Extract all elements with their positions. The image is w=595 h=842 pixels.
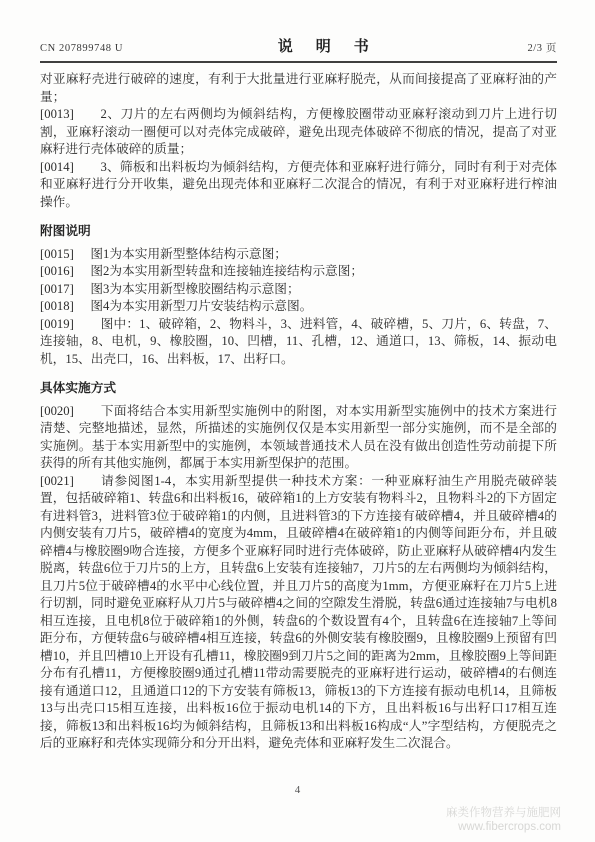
paragraph-text: 图1为本实用新型整体结构示意图；	[90, 247, 287, 261]
paragraph-tag: [0015]	[40, 247, 90, 261]
watermark-site-name: 麻类作物营养与施肥网	[446, 806, 561, 820]
paragraph-tag: [0016]	[40, 264, 90, 278]
paragraph-tag: [0014]	[40, 160, 100, 174]
paragraph-0016: [0016]图2为本实用新型转盘和连接轴连接结构示意图；	[40, 263, 557, 281]
paragraph-tag: [0020]	[40, 404, 100, 418]
paragraph-text: 3、筛板和出料板均为倾斜结构，方便壳体和亚麻籽进行筛分，同时有利于对壳体和亚麻籽…	[40, 160, 557, 209]
watermark: 麻类作物营养与施肥网 www.fibercrops.com	[446, 806, 561, 834]
paragraph-0017: [0017]图3为本实用新型橡胶圈结构示意图；	[40, 281, 557, 299]
page-indicator: 2/3 页	[527, 40, 557, 55]
page-number: 4	[0, 784, 595, 796]
paragraph-tag: [0019]	[40, 317, 100, 331]
paragraph-text: 2、刀片的左右两侧均为倾斜结构，方便橡胶圈带动亚麻籽滚动到刀片上进行切割，亚麻籽…	[40, 107, 557, 156]
patent-specification-page: CN 207899748 U 说 明 书 2/3 页 对亚麻籽壳进行破碎的速度，…	[0, 0, 595, 842]
paragraph-tag: [0013]	[40, 107, 100, 121]
paragraph-0020: [0020]下面将结合本实用新型实施例中的附图，对本实用新型实施例中的技术方案进…	[40, 403, 557, 473]
paragraph-continuation: 对亚麻籽壳进行破碎的速度，有利于大批量进行亚麻籽脱壳，从而间接提高了亚麻籽油的产…	[40, 71, 557, 106]
watermark-site-url: www.fibercrops.com	[446, 820, 561, 834]
paragraph-text: 图3为本实用新型橡胶圈结构示意图；	[90, 282, 299, 296]
paragraph-0019: [0019]图中：1、破碎箱，2、物料斗，3、进料管，4、破碎槽，5、刀片，6、…	[40, 316, 557, 369]
paragraph-0015: [0015]图1为本实用新型整体结构示意图；	[40, 246, 557, 264]
patent-number: CN 207899748 U	[40, 43, 123, 54]
document-title: 说 明 书	[278, 35, 373, 56]
paragraph-text: 图4为本实用新型刀片安装结构示意图。	[90, 299, 312, 313]
paragraph-text: 图中：1、破碎箱，2、物料斗，3、进料管，4、破碎槽，5、刀片，6、转盘，7、连…	[40, 317, 557, 366]
paragraph-text: 图2为本实用新型转盘和连接轴连接结构示意图；	[90, 264, 363, 278]
paragraph-0014: [0014]3、筛板和出料板均为倾斜结构，方便壳体和亚麻籽进行筛分，同时有利于对…	[40, 159, 557, 212]
section-heading-embodiment: 具体实施方式	[40, 380, 557, 398]
paragraph-0013: [0013]2、刀片的左右两侧均为倾斜结构，方便橡胶圈带动亚麻籽滚动到刀片上进行…	[40, 106, 557, 159]
paragraph-tag: [0017]	[40, 282, 90, 296]
paragraph-tag: [0021]	[40, 474, 100, 488]
paragraph-text: 请参阅图1-4，本实用新型提供一种技术方案：一种亚麻籽油生产用脱壳破碎装置，包括…	[40, 474, 557, 751]
paragraph-0021: [0021]请参阅图1-4，本实用新型提供一种技术方案：一种亚麻籽油生产用脱壳破…	[40, 473, 557, 753]
paragraph-text: 下面将结合本实用新型实施例中的附图，对本实用新型实施例中的技术方案进行清楚、完整…	[40, 404, 557, 471]
page-header: CN 207899748 U 说 明 书 2/3 页	[40, 35, 557, 63]
document-body: 对亚麻籽壳进行破碎的速度，有利于大批量进行亚麻籽脱壳，从而间接提高了亚麻籽油的产…	[40, 71, 557, 753]
paragraph-tag: [0018]	[40, 299, 90, 313]
section-heading-figures: 附图说明	[40, 223, 557, 241]
paragraph-text: 对亚麻籽壳进行破碎的速度，有利于大批量进行亚麻籽脱壳，从而间接提高了亚麻籽油的产…	[40, 72, 557, 104]
paragraph-0018: [0018]图4为本实用新型刀片安装结构示意图。	[40, 298, 557, 316]
